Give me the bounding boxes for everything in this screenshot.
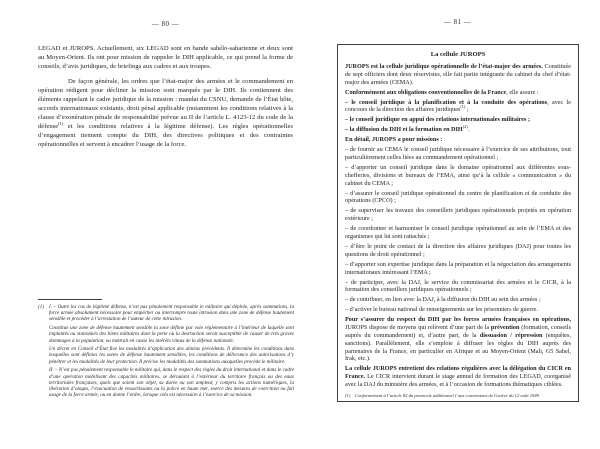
paragraph: – de contribuer, en lien avec la DAJ, à … — [345, 296, 571, 304]
paragraph: – d’assurer le conseil juridique opérati… — [345, 190, 571, 206]
footnote: (1) I. – Outre les cas de légitime défen… — [38, 304, 294, 398]
paragraph: I. – Outre les cas de légitime défense, … — [49, 304, 294, 323]
paragraph: – de participer, avec la DAJ, le service… — [345, 279, 571, 295]
paragraph: – d’être le point de contact de la direc… — [345, 243, 571, 259]
page-number: — 80 — — [38, 20, 293, 28]
paragraph: De façon générale, les ordres que l’état… — [38, 77, 293, 149]
footnote-separator-rule — [38, 299, 102, 300]
paragraph: – le conseil juridique à la planificatio… — [345, 99, 571, 115]
paragraph: – la diffusion du DIH et la formation en… — [345, 126, 571, 134]
paragraph: – d’apporter un conseil juridique dans l… — [345, 164, 571, 187]
paragraph: (2)Conformément à l’article 1er commun a… — [345, 401, 571, 402]
paragraph: Un décret en Conseil d’État fixe les mod… — [49, 346, 294, 365]
paragraph: Constitue une zone de défense hautement … — [49, 325, 294, 344]
paragraph: En détail, JUROPS a pour missions : — [345, 136, 571, 144]
paragraph: Conformément aux obligations conventionn… — [345, 89, 571, 97]
page-number: — 81 — — [337, 18, 578, 26]
paragraph: Pour s’assurer du respect du DIH par les… — [345, 316, 571, 363]
jurops-box: La cellule JUROPS JUROPS est la cellule … — [337, 44, 579, 402]
footnote-text: I. – Outre les cas de légitime défense, … — [49, 304, 294, 398]
paragraph: II. – N’est pas pénalement responsable l… — [49, 367, 294, 398]
paragraph: LEGAD et JUROPS. Actuellement, six LEGAD… — [38, 44, 293, 71]
page-80-body: LEGAD et JUROPS. Actuellement, six LEGAD… — [38, 44, 293, 155]
paragraph: (1)Conformément à l’article 82 du protoc… — [345, 393, 571, 399]
footnote-block: (1) I. – Outre les cas de légitime défen… — [38, 299, 294, 401]
paragraph: – d’activer le bureau national de rensei… — [345, 306, 571, 314]
paragraph: La cellule JUROPS entretient des relatio… — [345, 365, 571, 388]
paragraph: JUROPS est la cellule juridique opératio… — [345, 63, 571, 86]
paragraph: – de superviser les travaux des conseill… — [345, 207, 571, 223]
paragraph: – le conseil juridique en appui des rela… — [345, 116, 571, 124]
box-footnotes: (1)Conformément à l’article 82 du protoc… — [345, 393, 571, 402]
footnote-marker: (1) — [38, 304, 44, 310]
box-title: La cellule JUROPS — [345, 51, 571, 58]
paragraph: – d’apporter son expertise juridique dan… — [345, 261, 571, 277]
paragraph: – de coordonner et harmoniser le conseil… — [345, 225, 571, 241]
paragraph: – de fournir au CEMA le conseil juridiqu… — [345, 146, 571, 162]
box-body: JUROPS est la cellule juridique opératio… — [345, 63, 571, 389]
